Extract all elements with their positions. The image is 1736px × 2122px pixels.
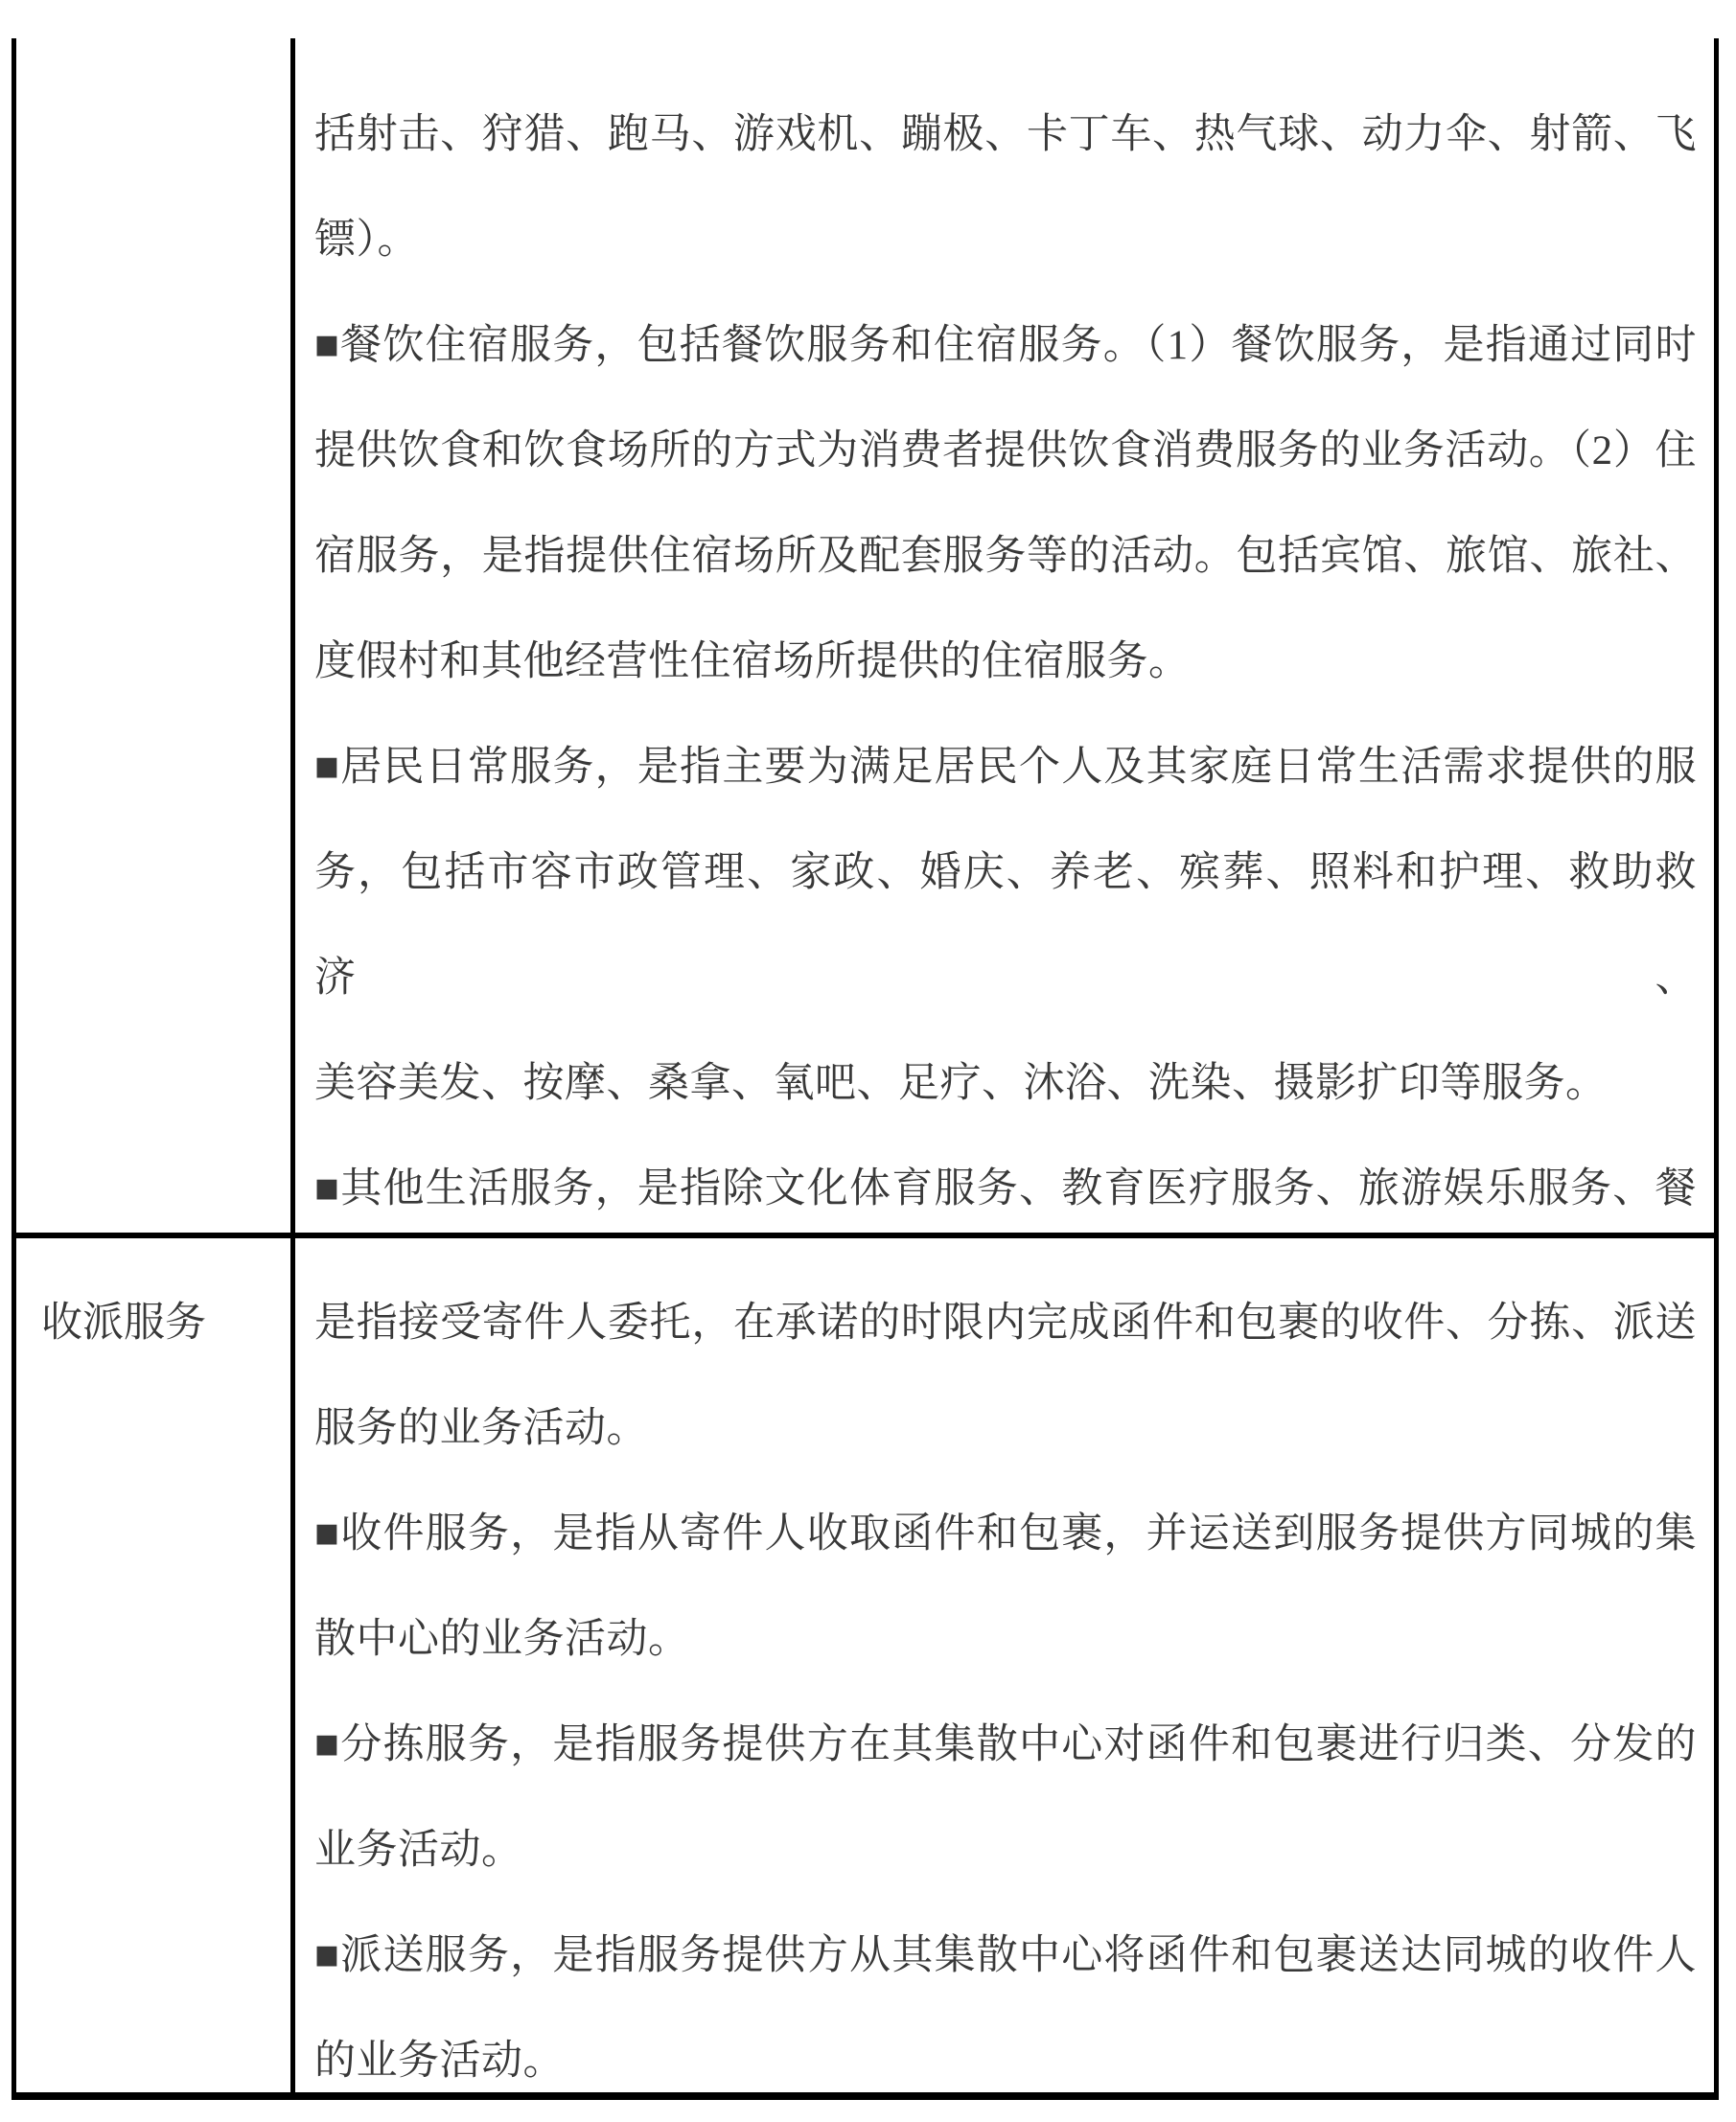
text-line: 镖）。	[314, 188, 1697, 293]
row-content-cell: 括射击、狩猎、跑马、游戏机、蹦极、卡丁车、热气球、动力伞、射箭、飞 镖）。 ■餐…	[290, 38, 1714, 1233]
row-label-cell: 收派服务	[16, 1238, 290, 2092]
text-line: 的业务活动。	[314, 2009, 1697, 2092]
row-label: 收派服务	[41, 1301, 206, 1346]
text-line: 度假村和其他经营性住宿场所提供的住宿服务。	[314, 610, 1697, 715]
text-line: ■分拣服务，是指服务提供方在其集散中心对函件和包裹进行归类、分发的	[314, 1693, 1697, 1798]
text-line: 宿服务，是指提供住宿场所及配套服务等的活动。包括宾馆、旅馆、旅社、	[314, 504, 1697, 610]
table-row: 收派服务 是指接受寄件人委托，在承诺的时限内完成函件和包裹的收件、分拣、派送 服…	[16, 1238, 1714, 2100]
text-line: 提供饮食和饮食场所的方式为消费者提供饮食消费服务的业务活动。（2）住	[314, 399, 1697, 504]
row-content-cell: 是指接受寄件人委托，在承诺的时限内完成函件和包裹的收件、分拣、派送 服务的业务活…	[290, 1238, 1714, 2092]
text-line: 服务的业务活动。	[314, 1376, 1697, 1482]
text-line: ■派送服务，是指服务提供方从其集散中心将函件和包裹送达同城的收件人	[314, 1903, 1697, 2009]
text-line: 业务活动。	[314, 1798, 1697, 1903]
row-label-cell	[16, 38, 290, 1233]
text-line: 散中心的业务活动。	[314, 1587, 1697, 1693]
table-row: 括射击、狩猎、跑马、游戏机、蹦极、卡丁车、热气球、动力伞、射箭、飞 镖）。 ■餐…	[16, 38, 1714, 1238]
text-line: ■收件服务，是指从寄件人收取函件和包裹，并运送到服务提供方同城的集	[314, 1482, 1697, 1587]
text-line: ■餐饮住宿服务，包括餐饮服务和住宿服务。（1）餐饮服务，是指通过同时	[314, 293, 1697, 399]
text-line: 括射击、狩猎、跑马、游戏机、蹦极、卡丁车、热气球、动力伞、射箭、飞	[314, 82, 1697, 188]
services-definition-table: 括射击、狩猎、跑马、游戏机、蹦极、卡丁车、热气球、动力伞、射箭、飞 镖）。 ■餐…	[12, 38, 1719, 2100]
text-line: 务，包括市容市政管理、家政、婚庆、养老、殡葬、照料和护理、救助救济、	[314, 820, 1697, 1031]
text-line: 是指接受寄件人委托，在承诺的时限内完成函件和包裹的收件、分拣、派送	[314, 1271, 1697, 1376]
text-line: 美容美发、按摩、桑拿、氧吧、足疗、沐浴、洗染、摄影扩印等服务。	[314, 1031, 1697, 1137]
text-line: ■其他生活服务，是指除文化体育服务、教育医疗服务、旅游娱乐服务、餐	[314, 1137, 1697, 1233]
text-line: ■居民日常服务，是指主要为满足居民个人及其家庭日常生活需求提供的服	[314, 715, 1697, 820]
